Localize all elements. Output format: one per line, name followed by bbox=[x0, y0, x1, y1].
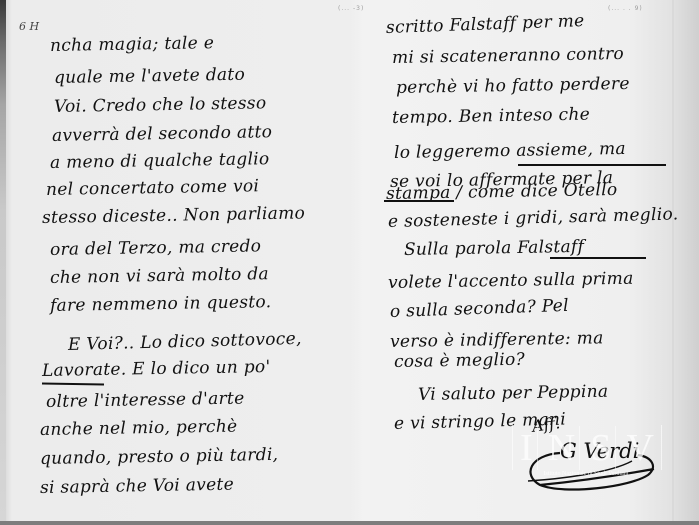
archive-stamp-left: (... -3) bbox=[338, 5, 364, 12]
watermark-letters: I N S V bbox=[512, 425, 662, 470]
left-line-4: avverrà del secondo atto bbox=[52, 122, 273, 146]
right-line-13: cosa è meglio? bbox=[394, 350, 525, 372]
right-line-5: lo leggeremo assieme, ma bbox=[394, 139, 626, 163]
left-line-8: ora del Terzo, ma credo bbox=[50, 236, 262, 260]
left-line-14: anche nel mio, perchè bbox=[40, 417, 238, 440]
watermark-letter: N bbox=[544, 426, 580, 470]
underline-lavorate bbox=[42, 382, 104, 385]
left-line-6: nel concertato come voi bbox=[46, 176, 260, 200]
right-line-2: mi si scateneranno contro bbox=[392, 44, 624, 68]
left-line-16: si saprà che Voi avete bbox=[40, 475, 234, 498]
left-line-13: oltre l'interesse d'arte bbox=[46, 389, 245, 412]
left-line-5: a meno di qualche taglio bbox=[50, 149, 270, 173]
letter-scan: 6 H (... -3) (... . . 9) ncha magia; tal… bbox=[0, 0, 699, 525]
underline-falstaff bbox=[550, 257, 646, 259]
right-line-10: volete l'accento sulla prima bbox=[388, 269, 634, 293]
right-line-1: scritto Falstaff per me bbox=[386, 11, 585, 38]
underline-affermate bbox=[518, 164, 666, 166]
left-line-1: ncha magia; tale e bbox=[50, 33, 214, 56]
insv-watermark: I N S V Istituto Nazionale di Studi Verd… bbox=[512, 425, 660, 487]
left-line-11: E Voi?.. Lo dico sottovoce, bbox=[68, 329, 302, 355]
right-line-4: tempo. Ben inteso che bbox=[392, 105, 590, 128]
left-line-10: fare nemmeno in questo. bbox=[50, 292, 272, 316]
left-line-12: Lavorate. E lo dico un po' bbox=[42, 357, 271, 381]
underline-stampa bbox=[384, 200, 454, 202]
right-line-11: o sulla seconda? Pel bbox=[390, 296, 570, 322]
left-line-15: quando, presto o più tardi, bbox=[40, 445, 279, 469]
archive-page-mark: 6 H bbox=[19, 20, 39, 33]
left-line-9: che non vi sarà molto da bbox=[50, 264, 269, 288]
right-line-12: verso è indifferente: ma bbox=[390, 328, 604, 352]
watermark-letter: I bbox=[516, 426, 538, 470]
right-line-8: e sosteneste i gridi, sarà meglio. bbox=[388, 204, 679, 232]
watermark-letter: V bbox=[622, 426, 657, 470]
right-line-14: Vi saluto per Peppina bbox=[418, 382, 609, 405]
watermark-caption: Istituto Nazionale di Studi Verdiani bbox=[512, 471, 660, 477]
page-edge-shadow bbox=[672, 0, 674, 525]
right-line-3: perchè vi ho fatto perdere bbox=[396, 74, 630, 98]
left-line-7: stesso diceste.. Non parliamo bbox=[42, 203, 305, 228]
left-line-3: Voi. Credo che lo stesso bbox=[54, 93, 267, 117]
archive-stamp-right: (... . . 9) bbox=[608, 5, 643, 12]
left-line-2: quale me l'avete dato bbox=[54, 65, 245, 88]
watermark-letter: S bbox=[586, 426, 616, 470]
